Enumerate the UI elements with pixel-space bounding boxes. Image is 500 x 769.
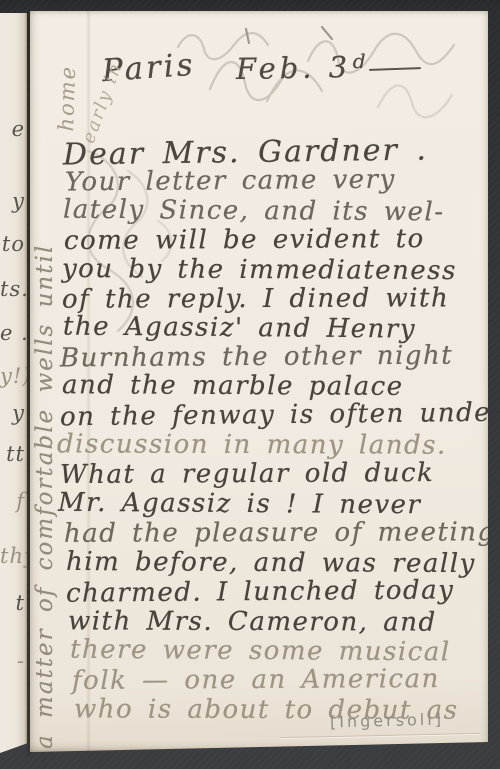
margin-note: a matter of comfortable wells until <box>32 99 58 749</box>
edge-fragment: e . <box>0 323 25 344</box>
margin-note-fragment: home <box>54 31 81 132</box>
edge-fragment: y <box>0 191 25 212</box>
letter-line: charmed. I lunched today <box>66 577 455 606</box>
letter-line: lately Since, and its wel- <box>63 197 445 226</box>
letter-line: had the pleasure of meeting <box>64 519 496 547</box>
edge-fragment: to <box>0 234 25 255</box>
letter-line: of the reply. I dined with <box>62 285 449 312</box>
scanned-letter-view: eytots.e .y!)yttfthyt- ParisFeb. 3d Dea <box>0 0 500 769</box>
edge-fragment: e <box>0 119 25 140</box>
letter-line: you by the immediateness <box>62 256 457 284</box>
edge-fragment: y <box>0 403 25 424</box>
edge-fragment: t <box>0 593 25 614</box>
edge-fragment: tt <box>0 444 25 465</box>
letter-line: there were some musical <box>70 637 451 666</box>
letter-line: come will be evident to <box>64 226 425 254</box>
date-suffix: d <box>353 49 366 73</box>
date-text: Feb. 3 <box>235 50 351 86</box>
edge-fragment: thy <box>0 546 25 567</box>
letter-line: What a regular old duck <box>60 460 434 488</box>
letter-line: Your letter came very <box>65 167 396 196</box>
archival-annotation: [Ingersoll] <box>330 710 444 732</box>
letter-line: him before, and was really <box>66 549 476 577</box>
edge-fragment: y!) <box>0 366 25 387</box>
edge-fragment: f <box>0 491 25 512</box>
edge-fragment: - <box>0 651 25 672</box>
letter-line: Burnhams the other night <box>60 343 453 372</box>
letter-line: Mr. Agassiz is ! I never <box>58 490 422 519</box>
paper-emboss-line <box>280 733 480 738</box>
letter-line: on the fenway is often under <box>60 400 500 431</box>
date-flourish <box>369 67 421 71</box>
letter-line: discussion in many lands. <box>57 431 447 458</box>
date-line: ParisFeb. 3d <box>102 49 421 86</box>
letter-page: ParisFeb. 3d Dear Mrs. Gardner . Your le… <box>30 11 488 752</box>
letter-line: folk — one an American <box>72 666 440 694</box>
edge-fragment: ts. <box>0 279 25 300</box>
adjacent-page-edge: eytots.e .y!)yttfthyt- <box>0 13 27 753</box>
letter-line: the Agassiz' and Henry <box>63 313 416 342</box>
letter-line: and the marble palace <box>62 372 404 400</box>
letter-line: with Mrs. Cameron, and <box>68 608 437 635</box>
